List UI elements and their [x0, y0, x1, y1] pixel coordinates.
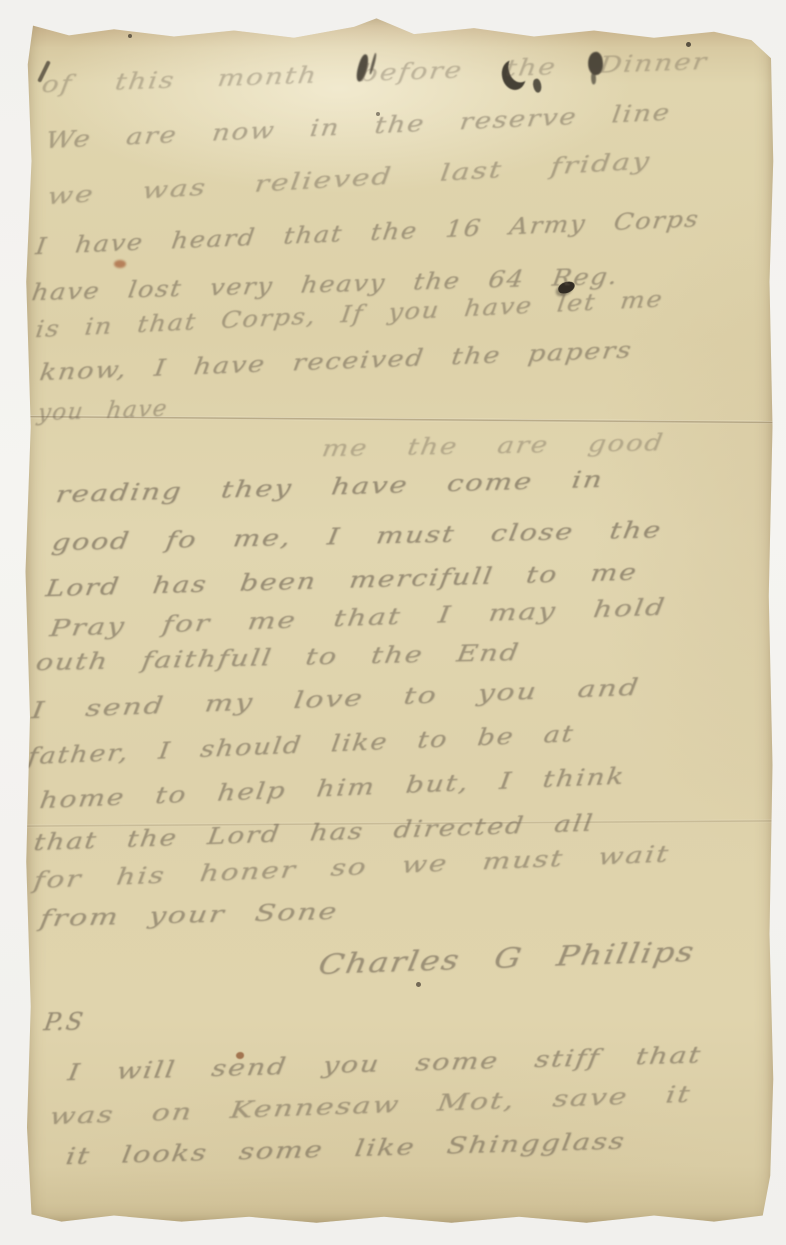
signature-line: Charles G Phillips: [316, 937, 698, 981]
letter-line: Pray for me that I may hold: [48, 594, 668, 642]
letter-line: we was relieved last friday: [46, 148, 652, 210]
letter-line: outh faithfull to the End: [34, 640, 522, 676]
letter-line: reading they have come in: [54, 467, 605, 508]
postscript-line: it looks some like Shingglass: [64, 1128, 627, 1170]
stain-speck: [686, 42, 691, 47]
stain-speck: [416, 982, 421, 987]
letter-page: of this month before the Dinner We are n…: [24, 16, 774, 1224]
letter-line: I have heard that the 16 Army Corps: [34, 206, 701, 260]
letter-line: know, I have received the papers: [38, 337, 634, 386]
letter-line: I send my love to you and: [30, 674, 642, 724]
stain-speck: [128, 34, 132, 38]
letter-line: Lord has been mercifull to me: [44, 559, 640, 602]
letter-line: good fo me, I must close the: [50, 517, 664, 556]
letter-line: father, I should like to be at: [26, 721, 576, 770]
overwritten-fragment: you have: [36, 395, 170, 426]
postscript-label: P.S: [42, 1007, 86, 1036]
red-stain: [114, 260, 126, 268]
postscript-line: I will send you some stiff that: [66, 1042, 704, 1086]
letter-line: We are now in the reserve line: [44, 99, 673, 154]
overwritten-fragment: me the are good: [320, 430, 666, 462]
closing-line: from your Sone: [38, 899, 340, 932]
letter-line: home to help him but, I think: [38, 763, 627, 814]
scan-background: of this month before the Dinner We are n…: [0, 0, 786, 1245]
letter-line: of this month before the Dinner: [40, 49, 710, 98]
postscript-line: was on Kennesaw Mot, save it: [48, 1081, 693, 1130]
